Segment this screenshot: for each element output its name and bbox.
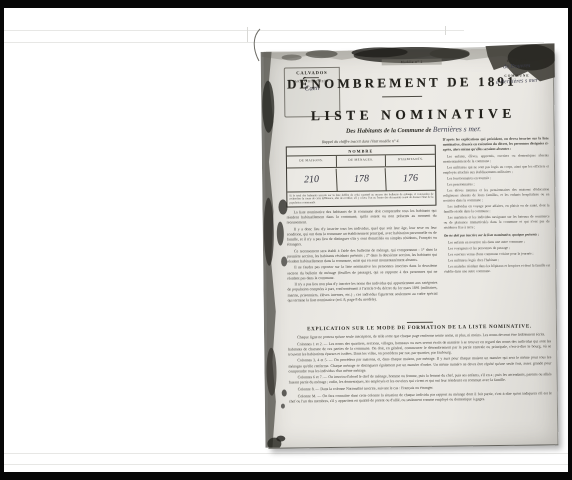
subtitle-handwriting: Bernières s mer.: [433, 124, 481, 134]
recap-column-header: D'HABITANTS.: [385, 155, 435, 167]
ink-blot: [281, 404, 285, 409]
left-column: Rappel du chiffre inscrit dans l'état mo…: [286, 138, 438, 322]
ink-blot: [276, 436, 285, 442]
subtitle-printed: Des Habitants de la Commune de: [346, 127, 432, 135]
model-number-label: Modèle n° 2: [382, 59, 442, 66]
instruction-item: Les enfants en nourrice nés dans une aut…: [444, 239, 550, 245]
instruction-item: Les militaires qui ne sont pas logés au …: [443, 164, 549, 175]
scanned-census-image: CALVADOS ARRONDISSEMENT Caen Modèle n° 2…: [0, 0, 572, 480]
ink-blot: [278, 200, 287, 215]
explanation-section: EXPLICATION SUR LE MODE DE FORMATION DE …: [288, 320, 552, 406]
hook-mark: [250, 28, 264, 62]
explanation-paragraphs: Chaque ligne ne portera qu'une seule ins…: [288, 332, 552, 404]
recap-table: NOMBRE DE MAISONS.DE MÉNAGES.D'HABITANTS…: [286, 145, 437, 208]
department-label: CALVADOS: [287, 70, 337, 76]
recap-column-header: DE MAISONS.: [287, 156, 336, 168]
left-column-paragraphs: La liste nominative des habitants de la …: [287, 209, 438, 304]
scan-streak: [4, 464, 568, 465]
instruction-paragraph: Il n'y a pas lieu non plus d'y inscrire …: [287, 281, 437, 303]
right-column-items: Les enfants, élèves, apprentis, ouvriers…: [443, 153, 550, 231]
list-title: LISTE NOMINATIVE: [282, 105, 544, 124]
instruction-item: Les fonctionnaires en tournée ;: [443, 175, 549, 181]
ink-blot: [282, 390, 287, 397]
right-column-intro: D'après les explications qui précèdent, …: [443, 136, 549, 152]
scan-frame-right: [568, 0, 572, 480]
instruction-item: Les pensionnaires ;: [443, 181, 549, 187]
recap-note: Si le total des habitants inscrits sur l…: [287, 191, 435, 207]
instruction-paragraph: La liste nominative des habitants de la …: [287, 209, 437, 226]
recap-handwritten-value: 178: [335, 166, 386, 191]
explanation-paragraph: Colonne M. — On fera connaître dans cett…: [289, 391, 552, 404]
scan-tick: [445, 26, 446, 35]
canton-commune-box: CANTON de Douvres COMMUNE à Bernières s …: [484, 58, 550, 89]
recap-column-header: DE MÉNAGES.: [336, 155, 386, 167]
recap-handwritten-value: 176: [385, 166, 436, 191]
right-column-items-2: Les enfants en nourrice nés dans une aut…: [444, 239, 550, 275]
instruction-item: Les malades résidant dans les hôpitaux e…: [444, 264, 550, 275]
right-column-subheading: On ne doit pas inscrire sur la liste nom…: [444, 232, 550, 238]
scan-frame-bottom: [0, 472, 572, 480]
instruction-paragraph: Ce recensement sera établi à l'aide des …: [287, 247, 437, 264]
instruction-item: Les militaires logés chez l'habitant ;: [444, 258, 550, 264]
instruction-item: Les mariniers et les individus naviguant…: [444, 215, 550, 231]
title-rule: [382, 96, 422, 97]
scan-frame-left: [0, 0, 4, 480]
scan-frame-top: [0, 0, 572, 8]
instruction-columns: Rappel du chiffre inscrit dans l'état mo…: [286, 136, 551, 321]
instruction-item: Les enfants, élèves, apprentis, ouvriers…: [443, 153, 549, 164]
instruction-item: Les individus en voyage pour affaires, e…: [443, 204, 549, 215]
section-rule: [406, 322, 432, 323]
instruction-paragraph: Il y a donc lieu d'y inscrire tous les i…: [287, 225, 437, 247]
instruction-item: Les élèves internes et les pensionnaires…: [443, 188, 549, 204]
recap-table-value-row: 210178176: [287, 167, 435, 193]
explanation-paragraph: Colonnes 3, 4 et 5. — On procédera par m…: [288, 356, 551, 374]
scan-streak: [4, 453, 568, 454]
ink-blot: [277, 222, 284, 246]
recap-caption: Rappel du chiffre inscrit dans l'état mo…: [286, 138, 436, 145]
explanation-title: EXPLICATION SUR LE MODE DE FORMATION DE …: [288, 323, 551, 332]
instruction-item: Les voyageurs et les personnes de passag…: [444, 245, 550, 251]
scan-tick: [247, 27, 248, 42]
recap-handwritten-value: 210: [287, 167, 337, 192]
right-column: D'après les explications qui précèdent, …: [443, 136, 551, 319]
subtitle: Des Habitants de la Commune de Bernières…: [283, 123, 545, 135]
instruction-item: Les ouvriers venus d'une commune voisine…: [444, 251, 550, 257]
explanation-paragraph: Colonnes 1 et 2. — Les noms des quartier…: [288, 339, 551, 357]
scan-streak: [4, 42, 544, 43]
canton-handwriting: de Douvres: [484, 62, 550, 71]
scan-streak: [4, 30, 464, 31]
document-page: CALVADOS ARRONDISSEMENT Caen Modèle n° 2…: [264, 48, 559, 449]
commune-handwriting: à Bernières s mer: [484, 77, 550, 86]
instruction-paragraph: Il ne faudra pas reporter sur la liste n…: [287, 264, 437, 281]
ink-blot: [281, 257, 287, 267]
